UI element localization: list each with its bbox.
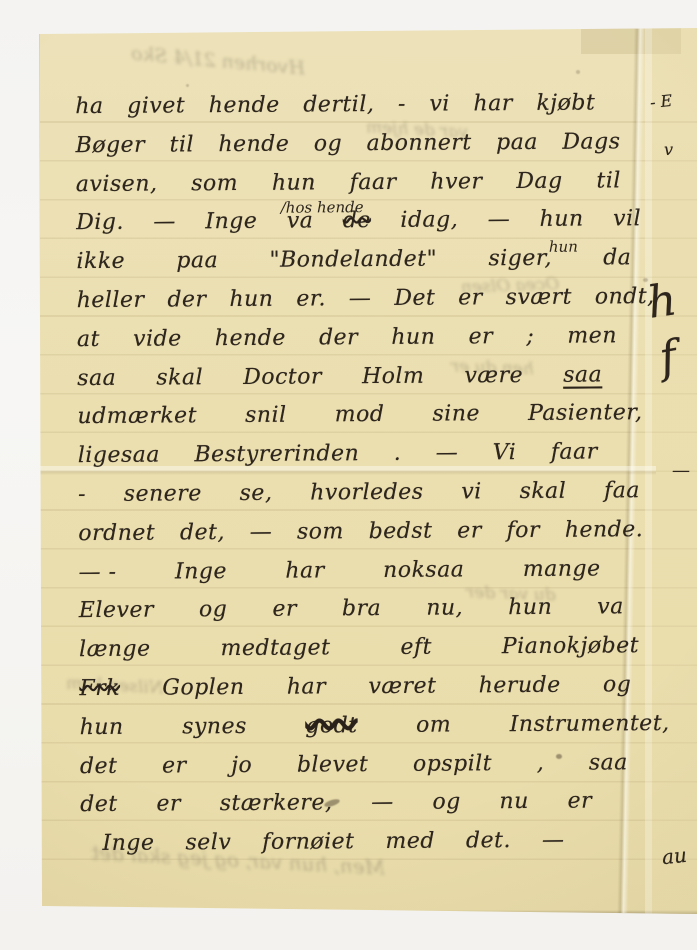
word: hun — [272, 170, 316, 195]
letter-line: ordnetdet,—sombedsterforhende. — [78, 517, 643, 555]
word: Instrumentet, — [510, 711, 670, 737]
word: — — [371, 790, 394, 815]
word: der — [319, 325, 358, 350]
word: siger,hun — [488, 246, 552, 271]
word: — — [488, 207, 511, 232]
word: som — [191, 171, 238, 196]
word: hun — [229, 287, 273, 312]
word: er — [568, 789, 593, 814]
word: vil — [613, 207, 641, 232]
word: er — [468, 324, 493, 349]
word: vide — [133, 326, 182, 351]
word: hun — [508, 595, 552, 620]
letter-text: hagivethendedertil,-viharkjøbtBøgertilhe… — [75, 90, 681, 884]
word: skal — [519, 479, 566, 504]
word: faa — [604, 478, 640, 503]
word: faar — [350, 169, 397, 194]
word: mod — [335, 402, 385, 427]
word: ikke — [76, 249, 125, 274]
word: va — [597, 595, 624, 620]
word: synes — [182, 714, 247, 739]
word: har — [285, 558, 324, 583]
letter-line: FrkGoplenharværetherudeog — [79, 672, 631, 710]
word: nu — [499, 789, 529, 814]
word: som — [297, 519, 344, 544]
word: Goplen — [162, 675, 244, 701]
facing-page-text-fragment: v — [664, 140, 673, 159]
ink-smudge — [556, 754, 562, 759]
struck-word: Frk — [79, 676, 120, 701]
word: hun — [540, 207, 584, 232]
word: eft — [400, 635, 432, 660]
word: og — [199, 597, 228, 622]
word: ligesaa — [78, 443, 160, 469]
letter-line: ikkepaa"Bondelandet"siger,hunda — [76, 245, 631, 283]
letter-line: deterjoblevetopspilt,saa — [80, 750, 628, 788]
word: er — [457, 518, 482, 543]
underlined-word: saa — [563, 362, 602, 387]
letter-line: saaskalDoctorHolmværesaa — [77, 362, 602, 400]
word: faar — [551, 440, 598, 465]
word: hende. — [565, 517, 644, 543]
letter-line: ligesaaBestyrerinden.—Vifaar — [78, 440, 598, 478]
word: paa — [496, 130, 538, 155]
word: avisen, — [76, 171, 158, 197]
word: Det — [394, 286, 435, 311]
word: hende — [218, 131, 289, 156]
word: været — [368, 674, 436, 699]
word: Inge — [175, 559, 227, 584]
word: abonnert — [366, 130, 471, 156]
word: herude — [479, 673, 561, 699]
word: bra — [342, 596, 381, 621]
word: senere — [124, 481, 202, 507]
word: Inge — [205, 209, 257, 234]
word: se, — [240, 481, 273, 506]
word: har — [287, 674, 326, 699]
word: Bestyrerinden — [194, 441, 359, 467]
bleedthrough-text: Hvorhen 21/4 Sko — [130, 42, 306, 79]
letter-line: deterstærkere,—ognuer — [80, 789, 592, 827]
word: - — [78, 482, 86, 507]
word: jo — [231, 752, 252, 777]
word: det — [80, 753, 118, 778]
word: — — [153, 210, 176, 235]
word: til — [169, 132, 194, 157]
ink-smudge — [186, 84, 189, 87]
word: "Bondelandet" — [269, 247, 437, 273]
word: hende — [209, 93, 280, 118]
word: udmærket — [77, 404, 197, 430]
word: — — [542, 828, 565, 853]
word: Pasienter, — [528, 401, 643, 427]
letter-line: BøgertilhendeogabonnertpaaDags — [76, 129, 621, 167]
letter-line: — -Ingeharnoksaamange — [79, 556, 601, 594]
word: hende — [215, 325, 286, 350]
letter-line: længemedtageteftPianokjøbet — [79, 633, 639, 671]
word: med — [385, 829, 435, 854]
word: hun — [391, 324, 435, 349]
word: at — [77, 327, 100, 352]
word: det — [80, 792, 118, 817]
word: heller — [77, 288, 145, 313]
word: er. — [296, 286, 326, 311]
word: opspilt — [413, 751, 492, 777]
letter-line: udmærketsnilmodsinePasienter, — [77, 401, 642, 439]
struck-word: godt — [305, 713, 357, 738]
word: til — [596, 168, 621, 193]
word: — — [349, 286, 372, 311]
word: ; — [526, 324, 534, 349]
inserted-text: /hos hende — [281, 198, 364, 217]
word: fornøiet — [262, 829, 354, 855]
word: det, — [180, 520, 225, 545]
facing-page-text-fragment: — — [672, 460, 690, 481]
word: er — [156, 792, 181, 817]
word: men — [567, 323, 617, 348]
word: selv — [185, 830, 231, 855]
letter-line: hellerderhuner.—Detersværtondt, — [77, 284, 655, 322]
word: Holm — [362, 363, 425, 388]
word: Dig. — [76, 210, 124, 235]
word: er — [272, 597, 297, 622]
word: er — [458, 285, 483, 310]
word: hvorledes — [310, 480, 423, 506]
word: har — [473, 91, 512, 116]
struck-word: de/hos hende — [343, 208, 371, 233]
letter-line: -senerese,hvorledesviskalfaa — [78, 478, 640, 516]
word: hver — [430, 169, 482, 194]
word: givet — [127, 93, 185, 118]
letter-line: hagivethendedertil,-viharkjøbt — [75, 90, 595, 128]
word: hun — [80, 715, 124, 740]
word: der — [167, 287, 206, 312]
letter-line: hunsynesgodtomInstrumentet, — [80, 711, 670, 749]
word: , — [537, 750, 545, 775]
inserted-text: hun — [549, 238, 578, 256]
word: og — [432, 790, 461, 815]
word: — — [250, 520, 273, 545]
scanned-letter-screenshot: { "colors":{"background":"#f5f4f1","pape… — [0, 0, 697, 950]
word: ha — [75, 94, 103, 119]
word: Inge — [102, 831, 154, 856]
word: og — [314, 131, 343, 156]
word: dertil, — [303, 92, 374, 117]
word: mange — [523, 556, 601, 582]
word: længe — [79, 637, 151, 662]
word: være — [464, 363, 523, 388]
ink-smudge — [643, 278, 648, 282]
word: Elever — [79, 598, 154, 624]
word: saa — [589, 750, 628, 775]
word: stærkere, — [220, 791, 333, 817]
word: for — [507, 518, 541, 543]
word: snil — [245, 403, 287, 428]
word: — — [436, 441, 459, 466]
letter-paper: Hvorhen 21/4 Skovar de hjemOcea Olsenhen… — [36, 28, 697, 916]
word: saa — [77, 365, 116, 390]
word: ordnet — [78, 520, 155, 546]
word: vi — [429, 91, 450, 116]
letter-line: atvidehendederhuner;men — [77, 323, 617, 361]
word: Vi — [493, 440, 517, 465]
word: og — [603, 672, 632, 697]
facing-page-text-fragment: - E — [649, 91, 673, 112]
word: medtaget — [220, 636, 330, 662]
word: Bøger — [76, 132, 146, 157]
letter-line: Eleverogerbranu,hunva — [79, 595, 624, 633]
word: Dag — [516, 168, 563, 193]
letter-line: Ingeselvfornøietmeddet.— — [102, 828, 564, 865]
word: . — [394, 441, 402, 466]
word: vi — [461, 479, 482, 504]
word: paa — [176, 248, 218, 273]
word: noksaa — [383, 557, 464, 583]
word: idag, — [400, 208, 458, 233]
word: svært — [506, 285, 572, 310]
word: skal — [156, 365, 203, 390]
word: sine — [432, 402, 480, 427]
word: om — [416, 712, 451, 737]
word: nu, — [426, 596, 463, 621]
word: er — [162, 753, 187, 778]
word: - — [398, 92, 406, 117]
word: — - — [79, 559, 117, 584]
ink-smudge — [576, 70, 580, 74]
word: blevet — [297, 752, 369, 777]
word: det. — [466, 828, 511, 853]
word: Pianokjøbet — [502, 633, 639, 659]
word: da — [603, 245, 631, 270]
word: Doctor — [243, 364, 322, 390]
word: Dags — [562, 129, 620, 154]
word: bedst — [369, 518, 433, 543]
facing-page-text-fragment: au — [661, 843, 688, 869]
word: kjøbt — [536, 90, 595, 115]
